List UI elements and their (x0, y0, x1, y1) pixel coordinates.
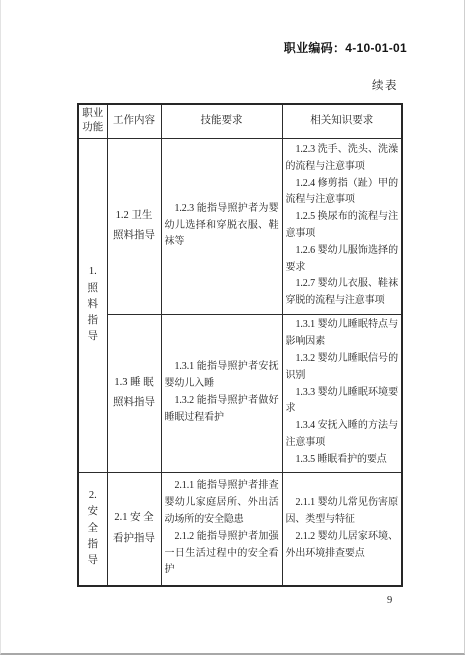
skill-item: 1.3.1 能指导照护者安抚婴幼儿入睡 (165, 359, 279, 393)
header-occupational-function: 职业 功能 (78, 104, 107, 138)
page-number: 9 (387, 595, 392, 606)
knowledge-item: 1.3.5 睡眠看护的要点 (286, 452, 399, 469)
occupation-code-label: 职业编码：4-10-01-01 (284, 39, 407, 56)
knowledge-item: 1.3.1 婴幼儿睡眠特点与影响因素 (286, 317, 399, 351)
work-cell-sleep-care: 1.3 睡 眠 照料指导 (107, 314, 161, 472)
knowledge-item: 1.2.3 洗手、洗头、洗澡的流程与注意事项 (286, 142, 399, 176)
function-cell-care-guidance: 1. 照 料 指 导 (78, 138, 107, 472)
document-page: 职业编码：4-10-01-01 续表 职业 功能 工作内容 技能要求 相关知识要… (0, 0, 465, 655)
knowledge-item: 2.1.1 婴幼儿常见伤害原因、类型与特征 (286, 495, 399, 529)
knowledge-item: 1.2.7 婴幼儿衣服、鞋袜穿脱的流程与注意事项 (286, 276, 399, 310)
knowledge-item: 1.2.6 婴幼儿服饰选择的要求 (286, 243, 399, 277)
knowledge-item: 1.3.3 婴幼儿睡眠环境要求 (286, 385, 399, 419)
table-row: 1. 照 料 指 导 1.2 卫生 照料指导 1.2.3 能指导照护者为婴幼儿选… (78, 138, 402, 314)
requirements-table: 职业 功能 工作内容 技能要求 相关知识要求 1. 照 料 指 导 1.2 卫生… (77, 103, 403, 587)
knowledge-item: 1.3.4 安抚入睡的方法与注意事项 (286, 418, 399, 452)
skill-cell-safety-watch: 2.1.1 能指导照护者排查婴幼儿家庭居所、外出活动场所的安全隐患 2.1.2 … (161, 472, 282, 586)
knowledge-cell-hygiene-care: 1.2.3 洗手、洗头、洗澡的流程与注意事项 1.2.4 修剪指（趾）甲的流程与… (282, 138, 402, 314)
function-cell-safety-guidance: 2. 安 全 指 导 (78, 472, 107, 586)
knowledge-cell-sleep-care: 1.3.1 婴幼儿睡眠特点与影响因素 1.3.2 婴幼儿睡眠信号的识别 1.3.… (282, 314, 402, 472)
continued-table-label: 续表 (372, 77, 398, 93)
knowledge-cell-safety-watch: 2.1.1 婴幼儿常见伤害原因、类型与特征 2.1.2 婴幼儿居家环境、外出环境… (282, 472, 402, 586)
header-skill-requirements: 技能要求 (161, 104, 282, 138)
knowledge-item: 1.3.2 婴幼儿睡眠信号的识别 (286, 351, 399, 385)
table-row: 1.3 睡 眠 照料指导 1.3.1 能指导照护者安抚婴幼儿入睡 1.3.2 能… (78, 314, 402, 472)
work-cell-hygiene-care: 1.2 卫生 照料指导 (107, 138, 161, 314)
work-cell-safety-watch: 2.1 安 全 看护指导 (107, 472, 161, 586)
skill-cell-hygiene-care: 1.2.3 能指导照护者为婴幼儿选择和穿脱衣服、鞋袜等 (161, 138, 282, 314)
table-header-row: 职业 功能 工作内容 技能要求 相关知识要求 (78, 104, 402, 138)
header-work-content: 工作内容 (107, 104, 161, 138)
knowledge-item: 1.2.5 换尿布的流程与注意事项 (286, 209, 399, 243)
knowledge-item: 1.2.4 修剪指（趾）甲的流程与注意事项 (286, 176, 399, 210)
skill-cell-sleep-care: 1.3.1 能指导照护者安抚婴幼儿入睡 1.3.2 能指导照护者做好睡眠过程看护 (161, 314, 282, 472)
skill-item: 2.1.2 能指导照护者加强一日生活过程中的安全看护 (165, 529, 279, 579)
skill-item: 1.3.2 能指导照护者做好睡眠过程看护 (165, 393, 279, 427)
skill-item: 2.1.1 能指导照护者排查婴幼儿家庭居所、外出活动场所的安全隐患 (165, 478, 279, 528)
header-knowledge-requirements: 相关知识要求 (282, 104, 402, 138)
skill-item: 1.2.3 能指导照护者为婴幼儿选择和穿脱衣服、鞋袜等 (165, 201, 279, 251)
table-row: 2. 安 全 指 导 2.1 安 全 看护指导 2.1.1 能指导照护者排查婴幼… (78, 472, 402, 586)
knowledge-item: 2.1.2 婴幼儿居家环境、外出环境排查要点 (286, 529, 399, 563)
